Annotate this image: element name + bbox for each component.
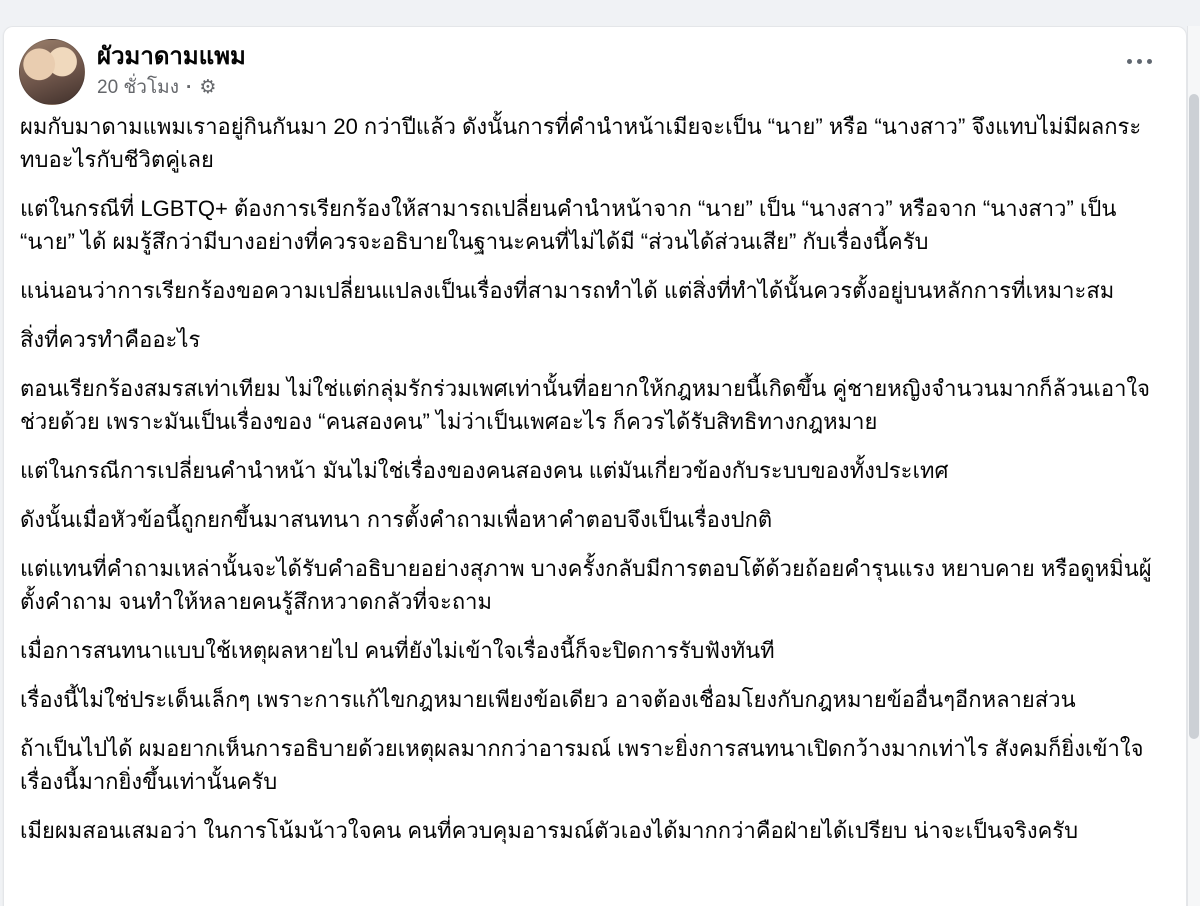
scrollbar-track[interactable] xyxy=(1187,26,1200,906)
post-paragraph: เรื่องนี้ไม่ใช่ประเด็นเล็กๆ เพราะการแก้ไ… xyxy=(20,683,1152,716)
meta-separator: · xyxy=(186,76,192,100)
post-paragraph: เมียผมสอนเสมอว่า ในการโน้มน้าวใจคน คนที่… xyxy=(20,814,1152,847)
avatar[interactable] xyxy=(19,39,85,105)
author-name-link[interactable]: ผัวมาดามแพม xyxy=(97,42,246,72)
post-timestamp[interactable]: 20 ชั่วโมง xyxy=(97,76,179,100)
post-paragraph: เมื่อการสนทนาแบบใช้เหตุผลหายไป คนที่ยังไ… xyxy=(20,634,1152,667)
post-meta-row: 20 ชั่วโมง · ⚙ xyxy=(97,76,246,100)
ellipsis-menu-icon xyxy=(1147,59,1152,64)
ellipsis-menu-icon xyxy=(1137,59,1142,64)
post-options-button[interactable] xyxy=(1121,51,1158,72)
post-body-text: ผมกับมาดามแพมเราอยู่กินกันมา 20 กว่าปีแล… xyxy=(4,110,1186,871)
ellipsis-menu-icon xyxy=(1127,59,1132,64)
post-paragraph: สิ่งที่ควรทำคืออะไร xyxy=(20,323,1152,356)
post-paragraph: ตอนเรียกร้องสมรสเท่าเทียม ไม่ใช่แต่กลุ่ม… xyxy=(20,372,1152,438)
post-paragraph: ผมกับมาดามแพมเราอยู่กินกันมา 20 กว่าปีแล… xyxy=(20,110,1152,176)
post-paragraph: แต่แทนที่คำถามเหล่านั้นจะได้รับคำอธิบายอ… xyxy=(20,552,1152,618)
post-header: ผัวมาดามแพม 20 ชั่วโมง · ⚙ xyxy=(4,27,1186,105)
facebook-post-card: ผัวมาดามแพม 20 ชั่วโมง · ⚙ ผมกับมาดามแพม… xyxy=(3,26,1187,906)
post-paragraph: ถ้าเป็นไปได้ ผมอยากเห็นการอธิบายด้วยเหตุ… xyxy=(20,732,1152,798)
post-paragraph: แต่ในกรณีที่ LGBTQ+ ต้องการเรียกร้องให้ส… xyxy=(20,192,1152,258)
post-paragraph: แน่นอนว่าการเรียกร้องขอความเปลี่ยนแปลงเป… xyxy=(20,274,1152,307)
post-header-info: ผัวมาดามแพม 20 ชั่วโมง · ⚙ xyxy=(97,39,246,100)
privacy-gear-icon: ⚙ xyxy=(199,78,216,98)
post-paragraph: แต่ในกรณีการเปลี่ยนคำนำหน้า มันไม่ใช่เรื… xyxy=(20,454,1152,487)
post-paragraph: ดังนั้นเมื่อหัวข้อนี้ถูกยกขึ้นมาสนทนา กา… xyxy=(20,503,1152,536)
scrollbar-thumb[interactable] xyxy=(1189,94,1199,739)
